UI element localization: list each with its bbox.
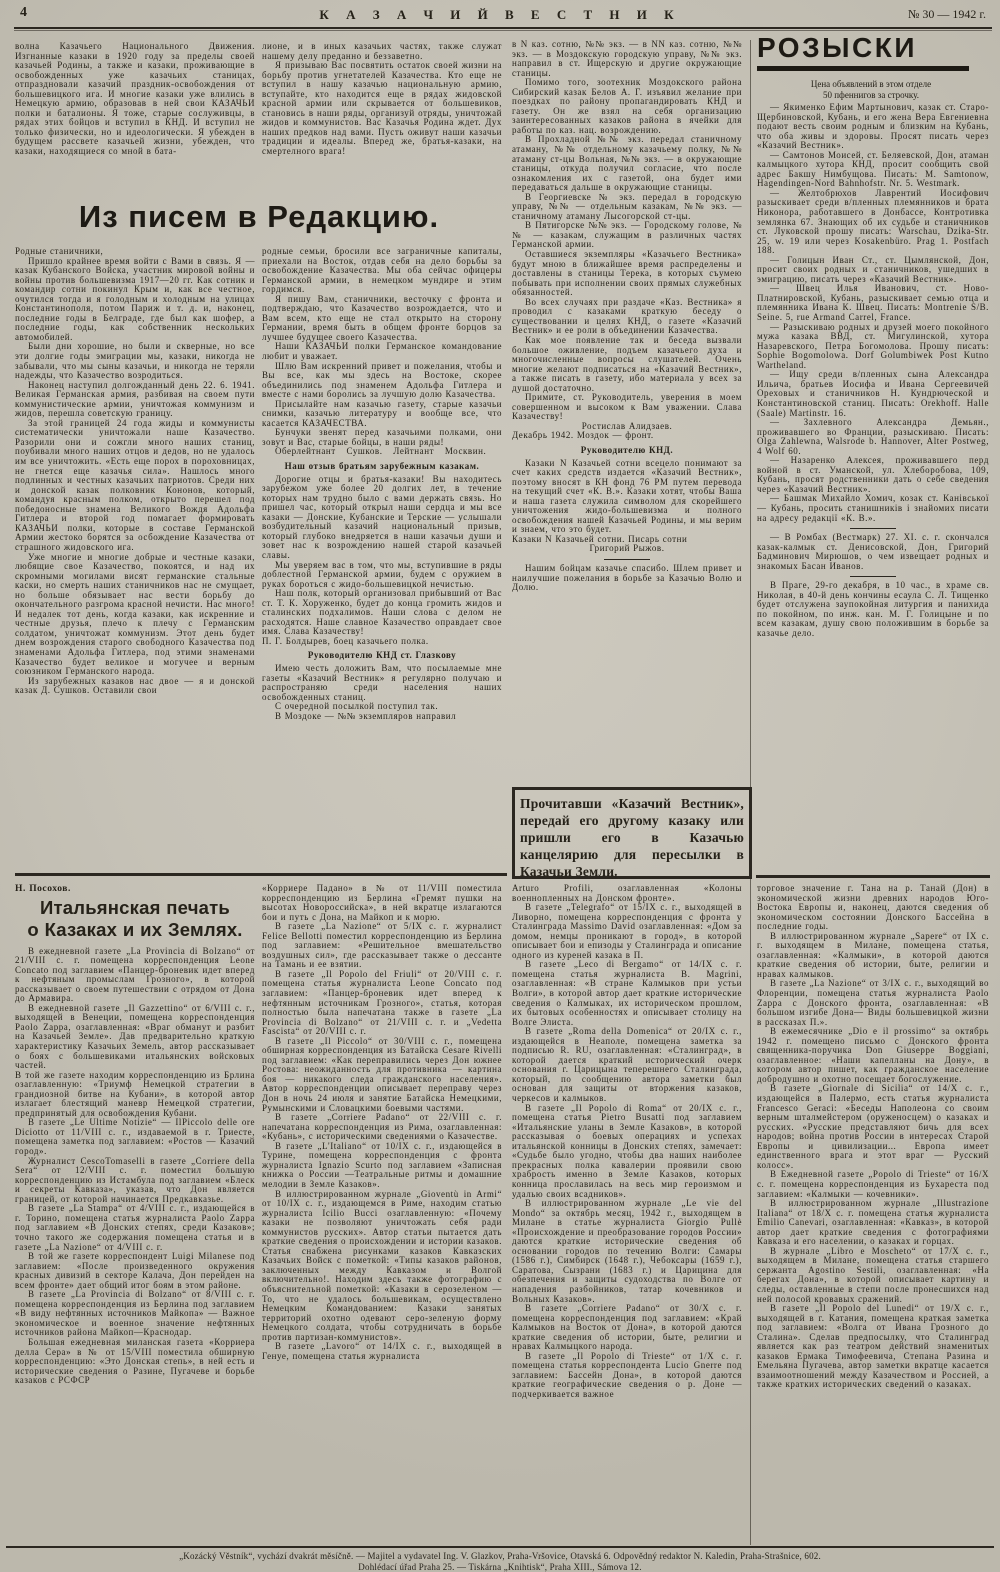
- paragraph: В Ежедневной газете „Popolo di Trieste“ …: [757, 1170, 989, 1199]
- paragraph: В газете „La Nazione“ от 5/IX с. г. журн…: [262, 922, 502, 970]
- section-divider-right: [756, 875, 990, 878]
- paragraph: родные семьи, бросили все заграничные ка…: [262, 247, 502, 295]
- masthead-rule-thin: [14, 30, 992, 31]
- paragraph: В ежемесячнике „Dio e il prossimo“ за ок…: [757, 1027, 989, 1084]
- paragraph: Arturo Profili, озаглавленная «Колоны во…: [512, 884, 742, 903]
- paragraph: Дорогие отцы и братья-казаки! Вы находит…: [262, 475, 502, 561]
- rozyski-price-line1: Цена объявлений в этом отделе: [757, 79, 985, 90]
- paragraph: Пришло крайнее время войти с Вами в связ…: [15, 257, 255, 343]
- paragraph: В газете „Il Popolo di Roma“ от 20/IX с.…: [512, 1104, 742, 1199]
- paragraph: Присылайте нам казачью газету, старые ка…: [262, 400, 502, 429]
- paragraph: Наш полк, который организовал прибывший …: [262, 589, 502, 637]
- signature: Оберлейтнант Сушков. Лейтнант Москвин.: [262, 447, 502, 457]
- paragraph: — Ищу среди в/пленных сына Александра Ил…: [757, 370, 989, 418]
- paragraph: — Башмак Михайло Хомич, козак ст. Канівс…: [757, 494, 989, 523]
- paragraph: В газете „Il Popolo di Trieste“ от 1/X с…: [512, 1352, 742, 1400]
- paragraph: В газете „Il Popolo del Friuli“ от 20/VI…: [262, 970, 502, 1037]
- paragraph: — Назаренко Алексея, проживавшего перд в…: [757, 456, 989, 494]
- footer-rule: [6, 1546, 994, 1548]
- rozyski-title-rule: [757, 66, 969, 71]
- paragraph: Из зарубежных казаков нас двое — я и дон…: [15, 677, 255, 696]
- paragraph: В той же газете находим корреспонденцию …: [15, 1071, 255, 1119]
- paragraph: лионе, и в иных казачьих частях, также с…: [262, 42, 502, 61]
- rozyski-price-note: Цена объявлений в этом отделе 50 пфенниг…: [757, 79, 985, 101]
- italian-press-col3: Arturo Profili, озаглавленная «Колоны во…: [512, 884, 742, 1544]
- paragraph: Большая ежедневная миланская газета «Кор…: [15, 1338, 255, 1386]
- paragraph: В Праге, 29-го декабря, в 10 час., в хра…: [757, 581, 989, 638]
- rozyski-section-title: РОЗЫСКИ: [757, 32, 917, 64]
- paragraph: — Захлевного Александра Демьян., прожива…: [757, 418, 989, 456]
- issue-info: № 30 — 1942 г.: [908, 7, 986, 22]
- letters-col1-continuation: волна Казачьего Национального Движения. …: [15, 42, 255, 197]
- paragraph: Имею честь доложить Вам, что посылаемые …: [262, 664, 502, 702]
- imprint-line2: Dohlédací úřad Praha 25. — Tiskárna „Kni…: [0, 1562, 1000, 1572]
- paragraph: торговое значение г. Тана на р. Танай (Д…: [757, 884, 989, 932]
- byline: Н. Посохов.: [15, 885, 255, 895]
- paragraph: В газете „Roma della Domenica“ от 20/IX …: [512, 1027, 742, 1103]
- letters-col2-continuation: лионе, и в иных казачьих частях, также с…: [262, 42, 502, 197]
- paragraph: В газете „Le Ultime Notizie“ — IlPiccolo…: [15, 1118, 255, 1156]
- paragraph: — Самтонов Моисей, ст. Беляевской, Дон, …: [757, 151, 989, 189]
- paragraph: Как мое появление так и беседа вызвали б…: [512, 336, 742, 393]
- newspaper-page: 4 К А З А Ч И Й В Е С Т Н И К № 30 — 194…: [0, 0, 1000, 1572]
- paragraph: П. Г. Болдырев, боец казачьего полка.: [262, 637, 502, 647]
- paragraph: В иллюстрированном журнале „Illustrazion…: [757, 1199, 989, 1247]
- letters-section-headline: Из писем в Редакцию.: [15, 199, 503, 235]
- paragraph: В ежедневной газете „Il Gazzettino“ от 6…: [15, 1004, 255, 1071]
- letters-col1: Родные станичники,Пришло крайнее время в…: [15, 247, 255, 869]
- paragraph: Бунчуки звенят перед казачьими полками, …: [262, 428, 502, 447]
- paragraph: Были дни хорошие, но были и скверные, но…: [15, 342, 255, 380]
- paragraph: В газете „Giornale di Sicilia“ от 14/X с…: [757, 1084, 989, 1170]
- paragraph: — Швец Илья Иванович, ст. Ново-Платниров…: [757, 284, 989, 322]
- paragraph: Мы уверяем вас в том, что мы, вступившие…: [262, 561, 502, 590]
- paragraph: «Корриере Падано» в № от 11/VIII помести…: [262, 884, 502, 922]
- paragraph: Я призываю Вас посвятить остаток своей ж…: [262, 61, 502, 156]
- paragraph: В газете „La Stampa“ от 4/VIII с. г., из…: [15, 1204, 255, 1252]
- paragraph: В той же газете корреспондент Luigi Mila…: [15, 1252, 255, 1290]
- subheading: Наш отзыв братьям зарубежным казакам.: [262, 462, 502, 472]
- paragraph: В газете „Il Piccolo“ от 30/VIII с. г., …: [262, 1037, 502, 1113]
- paragraph: Помимо того, зоотехник Моздокского район…: [512, 78, 742, 135]
- signature: Григорий Рыжов.: [512, 544, 742, 554]
- divider-dash: [604, 559, 650, 560]
- paragraph: Журналист CescoTomaselli в газете „Corri…: [15, 1157, 255, 1205]
- paragraph: — В Ромбах (Вестмарк) 27. XI. с. г. скон…: [757, 533, 989, 571]
- masthead-rule: [14, 27, 992, 29]
- paragraph: В газете „La Provincia di Bolzano“ от 8/…: [15, 1290, 255, 1338]
- italian-press-col1: Н. Посохов.Итальянская печатьо Казаках и…: [15, 884, 255, 1544]
- paragraph: В газете „Il Popolo del Lunedi“ от 19/X …: [757, 1304, 989, 1390]
- rozyski-items: — Якименко Ефим Мартынович, казак ст. Ст…: [757, 103, 989, 869]
- imprint-line1: „Kozácký Věstník“, vychází dvakrát měsíč…: [0, 1551, 1000, 1561]
- paragraph: Уже многие и многие добрые и честные каз…: [15, 553, 255, 677]
- paragraph: В газете „Telegrafo“ от 15/IX с. г., вых…: [512, 903, 742, 960]
- paragraph: В ежедневной газете „La Provincia di Bol…: [15, 947, 255, 1004]
- paragraph: Казаки N Казачьей сотни всецело понимают…: [512, 459, 742, 535]
- letters-col2: родные семьи, бросили все заграничные ка…: [262, 247, 502, 869]
- paragraph: В Моздоке — №№ экземпляров направил: [262, 712, 502, 722]
- subheading: Руководителю КНД ст. Глазкову: [262, 651, 502, 661]
- masthead-title: К А З А Ч И Й В Е С Т Н И К: [0, 7, 1000, 23]
- paragraph: — Желтобрюхов Лаврентий Иосифович разыск…: [757, 189, 989, 256]
- divider-dash: [850, 528, 896, 529]
- italian-press-col4: торговое значение г. Тана на р. Танай (Д…: [757, 884, 989, 1544]
- paragraph: В газете „Corriere Padano“ от 30/X с. г.…: [512, 1304, 742, 1352]
- paragraph: Шлю Вам искренний привет и пожелания, чт…: [262, 362, 502, 400]
- paragraph: В газете „Lavoro“ от 14/IX с. г., выходя…: [262, 1342, 502, 1361]
- paragraph: В иллюстрированном журнале „Sapere“ от I…: [757, 932, 989, 980]
- paragraph: Наконец наступил долгожданный день 22. 6…: [15, 381, 255, 419]
- paragraph: — Якименко Ефим Мартынович, казак ст. Ст…: [757, 103, 989, 151]
- rozyski-price-line2: 50 пфеннигов за строчку.: [757, 90, 985, 101]
- article-headline: о Казаках и их Землях.: [15, 919, 255, 940]
- paragraph: Нашим бойцам казачье спасибо. Шлем приве…: [512, 564, 742, 593]
- paragraph: В Прохладной №№ экз. передал станичному …: [512, 135, 742, 192]
- paragraph: — Голицын Иван Ст., ст. Цымлянской, Дон,…: [757, 256, 989, 285]
- paragraph: В газете „L'Italiano“ от 10/IX с. г., из…: [262, 1142, 502, 1190]
- paragraph: Примите, ст. Руководитель, уверения в мо…: [512, 393, 742, 422]
- divider-dash: [850, 576, 896, 577]
- paragraph: Я пишу Вам, станичники, весточку с фронт…: [262, 295, 502, 343]
- reader-notice-box: Прочитавши «Казачий Вестник», передай ег…: [512, 787, 752, 879]
- article-headline: Итальянская печать: [15, 897, 255, 918]
- paragraph: в N каз. сотню, №№ экз. — в NN каз. сотн…: [512, 40, 742, 78]
- italian-press-col2: «Корриере Падано» в № от 11/VIII помести…: [262, 884, 502, 1544]
- paragraph: В газете „Leco di Bergamo“ от 14/IX с. г…: [512, 960, 742, 1027]
- paragraph: Во всех случаях при раздаче «Каз. Вестни…: [512, 298, 742, 336]
- letters-col3: в N каз. сотню, №№ экз. — в NN каз. сотн…: [512, 40, 742, 784]
- paragraph: За этой границей 24 года жиды и коммунис…: [15, 419, 255, 553]
- paragraph: Оставшиеся экземпляры «Казачьего Вестник…: [512, 250, 742, 298]
- paragraph: В иллюстрированном журнале „Le vie del M…: [512, 1199, 742, 1304]
- subheading: Руководителю КНД.: [512, 446, 742, 456]
- paragraph: В журнале „Libro e Moscheto“ от 17/X с. …: [757, 1247, 989, 1304]
- section-divider-left: [15, 873, 507, 876]
- paragraph: — Разыскиваю родных и друзей моего покой…: [757, 323, 989, 371]
- paragraph: В иллюстрированном журнале „Gioventù in …: [262, 1190, 502, 1343]
- paragraph: волна Казачьего Национального Движения. …: [15, 42, 255, 157]
- paragraph: В газете „Corriere Padano“ от 22/VIII с.…: [262, 1113, 502, 1142]
- paragraph: В Георгиевске № экз. передал в городскую…: [512, 193, 742, 222]
- paragraph: Декабрь 1942. Моздок — фронт.: [512, 431, 742, 441]
- paragraph: Наши КАЗАЧЬИ полки Германское командован…: [262, 342, 502, 361]
- paragraph: В Пятигорске №№ экз. — Городскому голове…: [512, 221, 742, 250]
- paragraph: В газете „La Nazione“ от 3/IX с. г., вых…: [757, 979, 989, 1027]
